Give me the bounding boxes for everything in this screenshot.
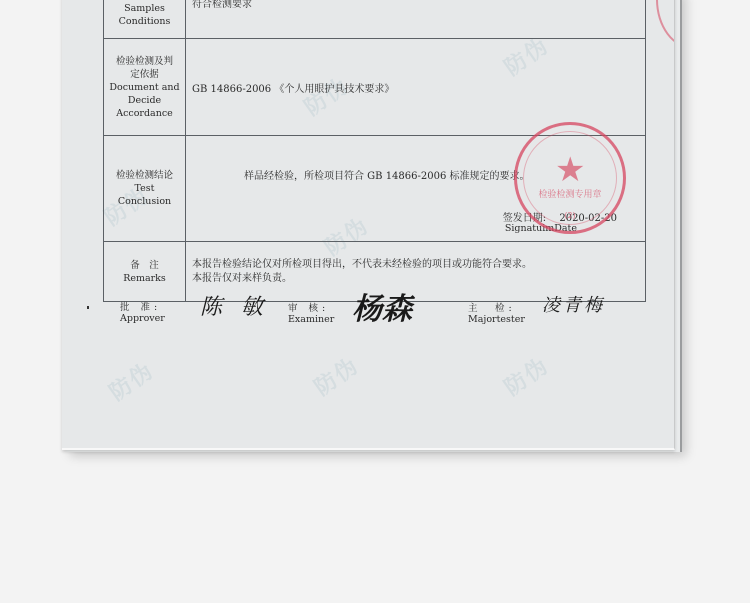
label-en-line: Samples: [105, 2, 184, 15]
watermark: 防伪: [307, 349, 364, 402]
examiner-label-en: Examiner: [288, 314, 334, 325]
row-document-accordance: 检验检测及判 定依据 Document and Decide Accordanc…: [104, 39, 646, 136]
approver-label-en: Approver: [120, 313, 165, 324]
stamp-number: (2): [527, 211, 613, 220]
conclusion-text: 样品经检验，所检项目符合 GB 14866-2006 标准规定的要求。: [244, 167, 530, 182]
approver-label-cn: 批 准:: [120, 299, 165, 313]
watermark: 防伪: [497, 349, 554, 402]
value-document-accordance: GB 14866-2006 《个人用眼护具技术要求》: [186, 39, 646, 136]
paper-stack: 防伪 防伪 防伪 防伪 防伪 防伪 防伪 Samples Conditions …: [62, 0, 682, 455]
label-en-line: Document and: [105, 81, 184, 94]
label-cn-line: 检验检测及判: [105, 55, 184, 68]
examiner-label-cn: 审 核:: [288, 300, 334, 314]
label-en-line: Decide: [105, 94, 184, 107]
signature-row: 批 准: Approver 陈 敏 审 核: Examiner 杨森 主 检: …: [62, 296, 674, 336]
remarks-line: 本报告仅对来样负责。: [192, 272, 644, 286]
majortester-signature: 凌青梅: [542, 291, 605, 317]
label-document-accordance: 检验检测及判 定依据 Document and Decide Accordanc…: [104, 39, 186, 136]
approver-signature: 陈 敏: [200, 290, 269, 321]
examiner-block: 审 核: Examiner: [288, 300, 334, 325]
majortester-block: 主 检: Majortester: [468, 300, 525, 325]
majortester-label-cn: 主 检:: [468, 300, 525, 314]
partial-stamp: [656, 0, 675, 49]
row-samples-conditions: Samples Conditions 符合检测要求: [104, 0, 646, 39]
label-cn-line: 检验检测结论: [105, 169, 184, 182]
label-remarks: 备 注 Remarks: [104, 242, 186, 302]
label-en-line: Conclusion: [105, 195, 184, 208]
stamp-star-icon: ★: [555, 153, 585, 187]
label-en-line: Remarks: [105, 272, 184, 285]
label-en-line: Test: [105, 182, 184, 195]
label-en-line: Conditions: [105, 15, 184, 28]
majortester-label-en: Majortester: [468, 314, 525, 325]
examiner-signature: 杨森: [352, 284, 412, 328]
value-samples-conditions: 符合检测要求: [186, 0, 646, 39]
label-test-conclusion: 检验检测结论 Test Conclusion: [104, 136, 186, 242]
watermark: 防伪: [102, 354, 159, 407]
approver-block: 批 准: Approver: [120, 299, 165, 324]
report-page: 防伪 防伪 防伪 防伪 防伪 防伪 防伪 Samples Conditions …: [62, 0, 675, 450]
remarks-line: 本报告检验结论仅对所检项目得出，不代表未经检验的项目或功能符合要求。: [192, 258, 644, 272]
label-cn-line: 备 注: [105, 259, 184, 272]
stamp-text: 检验检测专用章: [527, 187, 613, 200]
label-cn-line: 定依据: [105, 68, 184, 81]
label-en-line: Accordance: [105, 107, 184, 120]
official-stamp: ★ 检验检测专用章 (2): [514, 122, 626, 234]
label-samples-conditions: Samples Conditions: [104, 0, 186, 39]
